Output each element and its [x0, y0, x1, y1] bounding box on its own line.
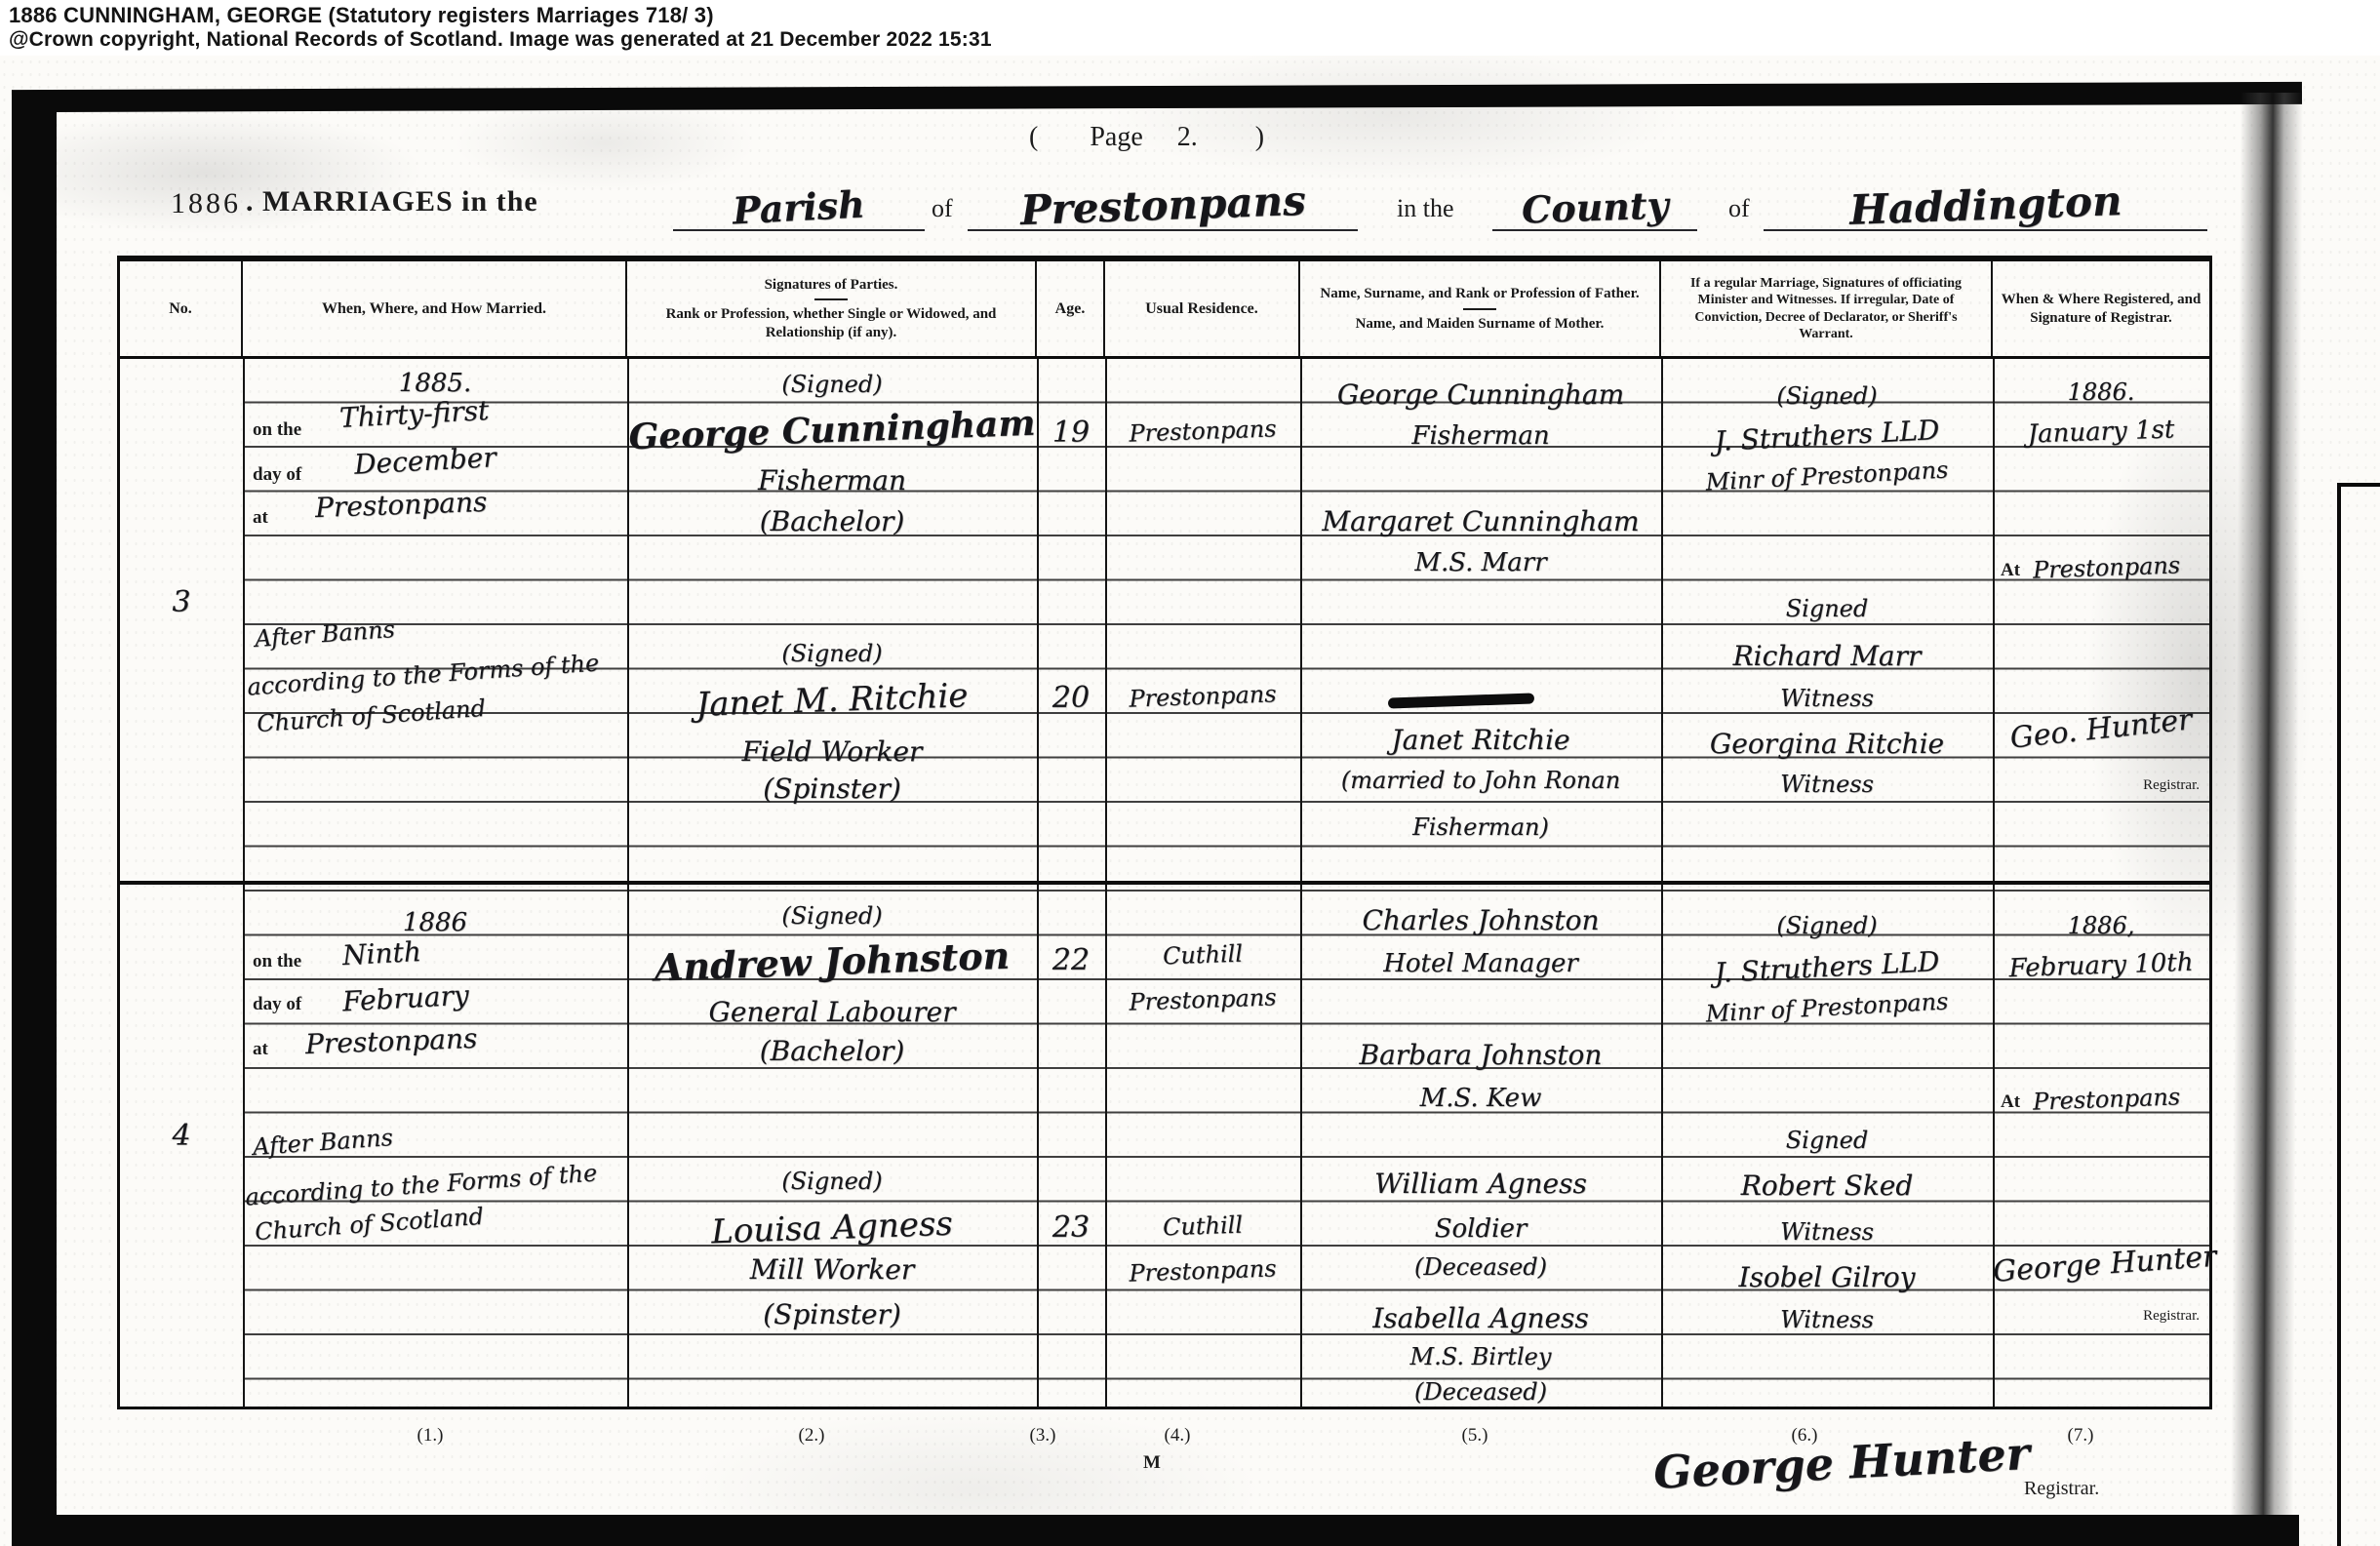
bride-residence-script: Cuthill: [1105, 1209, 1301, 1244]
registered-place-script: Prestonpans: [2032, 1083, 2180, 1115]
day-of-label: day of: [253, 464, 301, 486]
registrar-label: Registrar.: [1993, 777, 2209, 794]
header-cell-signatures: Signatures of Parties. Rank or Professio…: [627, 261, 1037, 356]
header-divider-rule: [814, 298, 848, 300]
groom-mother-script: Barbara Johnston: [1300, 1039, 1661, 1071]
entry-number: 3: [120, 585, 243, 619]
witnesses-signed-label: Signed: [1661, 595, 1993, 622]
registered-year-script: 1886.: [1993, 378, 2209, 406]
marriage-place-script: Prestonpans: [304, 1022, 477, 1060]
groom-occupation-script: General Labourer: [627, 996, 1037, 1028]
m-mark: M: [1143, 1452, 1161, 1474]
bride-mother-script: Janet Ritchie: [1300, 724, 1661, 756]
witness-2-label: Witness: [1661, 771, 1993, 798]
column-footnote: (3.): [1030, 1425, 1056, 1447]
registrar-signature-script: Geo. Hunter: [1992, 700, 2210, 757]
witness-1-label: Witness: [1661, 1218, 1993, 1246]
groom-mother-maiden-script: M.S. Marr: [1300, 548, 1661, 577]
column-footnote: (7.): [2068, 1425, 2094, 1447]
marriage-year-script: 1886: [243, 908, 627, 937]
bride-occupation-script: Field Worker: [627, 735, 1037, 768]
record-title: 1886 CUNNINGHAM, GEORGE (Statutory regis…: [9, 3, 714, 28]
groom-residence-script: Prestonpans: [1105, 415, 1301, 449]
witnesses-signed-label: Signed: [1661, 1127, 1993, 1154]
column-footnote: (1.): [417, 1425, 444, 1447]
groom-signature-script: Andrew Johnston: [626, 932, 1037, 991]
header-cell-minister: If a regular Marriage, Signatures of off…: [1661, 261, 1993, 356]
page-registrar-signature-script: George Hunter: [1652, 1427, 2025, 1499]
adjacent-page-edge-vertical: [2337, 483, 2341, 1546]
banns-line-2: according to the Forms of the: [246, 649, 600, 700]
column-footnote: (2.): [799, 1425, 825, 1447]
viewer-header: 1886 CUNNINGHAM, GEORGE (Statutory regis…: [0, 0, 2380, 56]
groom-father-occupation-script: Hotel Manager: [1300, 949, 1661, 978]
heading-county-underline: County: [1492, 163, 1697, 231]
marriage-year-script: 1885.: [243, 369, 627, 398]
groom-father-script: George Cunningham: [1300, 378, 1661, 411]
heading-county-script: County: [1521, 182, 1669, 231]
column-footnote: (4.): [1165, 1425, 1191, 1447]
page-number: 2.: [1177, 122, 1198, 152]
registered-place-script: Prestonpans: [2032, 551, 2180, 583]
scan-top-border: [12, 82, 2302, 112]
marriage-place-script: Prestonpans: [314, 486, 487, 524]
at-label: at: [253, 507, 268, 529]
minister-signed-label: (Signed): [1661, 382, 1993, 410]
minister-title-script: Minr of Prestonpans: [1661, 985, 1994, 1030]
header-cell-when: When, Where, and How Married.: [243, 261, 627, 356]
bride-mother-note-2: Fisherman): [1300, 813, 1661, 841]
header-cell-residence: Usual Residence.: [1105, 261, 1300, 356]
groom-condition-script: (Bachelor): [627, 1035, 1037, 1067]
table-body: 3 1885. on the Thirty-first day of Decem…: [120, 359, 2209, 1407]
bride-signed-label: (Signed): [627, 640, 1037, 667]
heading-in-the: in the: [1397, 194, 1454, 223]
register-entry: 4 1886 on the Ninth day of February at P…: [120, 883, 2209, 1407]
heading-county-name-underline: Haddington: [1764, 157, 2207, 231]
scan-left-border: [12, 93, 57, 1546]
banns-line-1: After Banns: [254, 615, 396, 653]
groom-age-script: 22: [1037, 943, 1105, 977]
bride-father-note: (Deceased): [1300, 1253, 1661, 1281]
header-cell-parents: Name, Surname, and Rank or Profession of…: [1300, 261, 1661, 356]
table-header-row: No. When, Where, and How Married. Signat…: [120, 261, 2209, 359]
witness-2-script: Isobel Gilroy: [1661, 1261, 1993, 1293]
groom-signed-label: (Signed): [627, 902, 1037, 930]
bride-signature-script: Janet M. Ritchie: [626, 674, 1037, 728]
minister-signed-label: (Signed): [1661, 912, 1993, 939]
bride-occupation-script: Mill Worker: [627, 1253, 1037, 1286]
groom-occupation-script: Fisherman: [627, 464, 1037, 496]
heading-year: 1886: [171, 187, 241, 220]
banns-line-3: Church of Scotland: [256, 694, 486, 737]
minister-title-script: Minr of Prestonpans: [1661, 454, 1994, 498]
page-number-label: ( Page 2. ): [1029, 122, 1264, 153]
banns-line-1: After Banns: [252, 1124, 394, 1161]
groom-age-script: 19: [1037, 416, 1105, 450]
groom-father-occupation-script: Fisherman: [1300, 421, 1661, 451]
page-paren-close: ): [1255, 122, 1264, 152]
witness-2-label: Witness: [1661, 1306, 1993, 1333]
heading-parish-name-underline: Prestonpans: [968, 157, 1358, 231]
heading-parish-underline: Parish: [673, 165, 925, 231]
register-entry: 3 1885. on the Thirty-first day of Decem…: [120, 359, 2209, 883]
marriage-month-script: December: [353, 441, 496, 481]
banns-line-3: Church of Scotland: [254, 1203, 484, 1246]
registrar-label: Registrar.: [1993, 1308, 2209, 1325]
header-parents-bottom: Name, and Maiden Surname of Mother.: [1356, 315, 1605, 333]
header-signatures-top: Signatures of Parties.: [765, 276, 898, 294]
header-cell-no: No.: [120, 261, 243, 356]
witness-2-script: Georgina Ritchie: [1661, 728, 1993, 760]
header-cell-registered: When & Where Registered, and Signature o…: [1993, 261, 2209, 356]
heading-county-name-script: Haddington: [1848, 177, 2122, 234]
day-of-label: day of: [253, 994, 301, 1015]
groom-father-script: Charles Johnston: [1300, 904, 1661, 936]
heading-marriages-text: . MARRIAGES in the: [246, 185, 538, 218]
witness-1-label: Witness: [1661, 685, 1993, 712]
bride-mother-script: Isabella Agness: [1300, 1302, 1661, 1334]
witness-1-script: Richard Marr: [1661, 640, 1993, 672]
heading-of-1: of: [932, 194, 953, 223]
bride-father-occupation-script: Soldier: [1300, 1214, 1661, 1244]
copyright-line: @Crown copyright, National Records of Sc…: [9, 28, 992, 52]
bride-age-script: 23: [1037, 1210, 1105, 1245]
heading-parish-name-script: Prestonpans: [1019, 177, 1306, 234]
adjacent-page-edge-horizontal: [2337, 483, 2380, 487]
groom-residence-script-2: Prestonpans: [1105, 983, 1301, 1017]
header-divider-rule: [1463, 308, 1496, 310]
groom-signed-label: (Signed): [627, 371, 1037, 398]
marriage-register-table: No. When, Where, and How Married. Signat…: [117, 256, 2212, 1409]
groom-mother-script: Margaret Cunningham: [1300, 505, 1661, 537]
bride-mother-note-1: (married to John Ronan: [1300, 767, 1661, 794]
at-label: at: [253, 1039, 268, 1060]
registrar-signature-script: George Hunter: [1992, 1240, 2210, 1288]
header-parents-top: Name, Surname, and Rank or Profession of…: [1320, 285, 1639, 302]
scan-bottom-border: [12, 1515, 2299, 1546]
page-registrar-label: Registrar.: [2024, 1478, 2099, 1500]
bride-condition-script: (Spinster): [627, 1298, 1037, 1330]
torn-page-edge: [2231, 93, 2303, 1515]
registered-date-script: January 1st: [1993, 414, 2210, 451]
bride-signature-script: Louisa Agness: [626, 1202, 1037, 1255]
bride-condition-script: (Spinster): [627, 773, 1037, 805]
marriage-day-script: Ninth: [341, 935, 421, 971]
registered-at-label: At: [2001, 560, 2020, 580]
scanned-register-image: ( Page 2. ) 1886 . MARRIAGES in the Pari…: [0, 56, 2380, 1546]
minister-signature-script: J. Struthers LLD: [1660, 942, 1993, 992]
groom-mother-maiden-script: M.S. Kew: [1300, 1084, 1661, 1113]
registered-year-script: 1886,: [1993, 912, 2209, 939]
registered-at-line: At Prestonpans: [2001, 1086, 2180, 1113]
bride-signed-label: (Signed): [627, 1168, 1037, 1195]
banns-line-2: according to the Forms of the: [244, 1159, 598, 1210]
registered-date-script: February 10th: [1993, 947, 2210, 984]
bride-residence-script: Prestonpans: [1105, 680, 1301, 714]
bride-mother-note: (Deceased): [1300, 1378, 1661, 1406]
marriage-month-script: February: [341, 979, 469, 1018]
witness-1-script: Robert Sked: [1661, 1169, 1993, 1202]
groom-signature-script: George Cunningham: [626, 403, 1037, 458]
heading-parish-script: Parish: [732, 181, 866, 232]
bride-father-script: William Agness: [1300, 1168, 1661, 1200]
column-footnote: (5.): [1462, 1425, 1488, 1447]
page-paren-open: (: [1029, 122, 1038, 152]
heading-of-2: of: [1728, 194, 1750, 223]
header-signatures-bottom: Rank or Profession, whether Single or Wi…: [633, 305, 1029, 341]
on-the-label: on the: [253, 951, 301, 972]
groom-condition-script: (Bachelor): [627, 505, 1037, 537]
ink-blot: [1388, 693, 1534, 708]
groom-residence-script: Cuthill: [1105, 938, 1301, 972]
registered-at-line: At Prestonpans: [2001, 554, 2180, 581]
on-the-label: on the: [253, 419, 301, 441]
minister-signature-script: J. Struthers LLD: [1660, 411, 1993, 460]
bride-mother-maiden-script: M.S. Birtley: [1300, 1343, 1661, 1370]
bride-residence-script-2: Prestonpans: [1105, 1254, 1301, 1288]
entry-number: 4: [120, 1119, 243, 1153]
page-word: Page: [1090, 122, 1142, 152]
bride-age-script: 20: [1037, 681, 1105, 715]
registered-at-label: At: [2001, 1091, 2020, 1112]
header-cell-age: Age.: [1037, 261, 1105, 356]
marriage-day-script: Thirty-first: [338, 394, 490, 434]
